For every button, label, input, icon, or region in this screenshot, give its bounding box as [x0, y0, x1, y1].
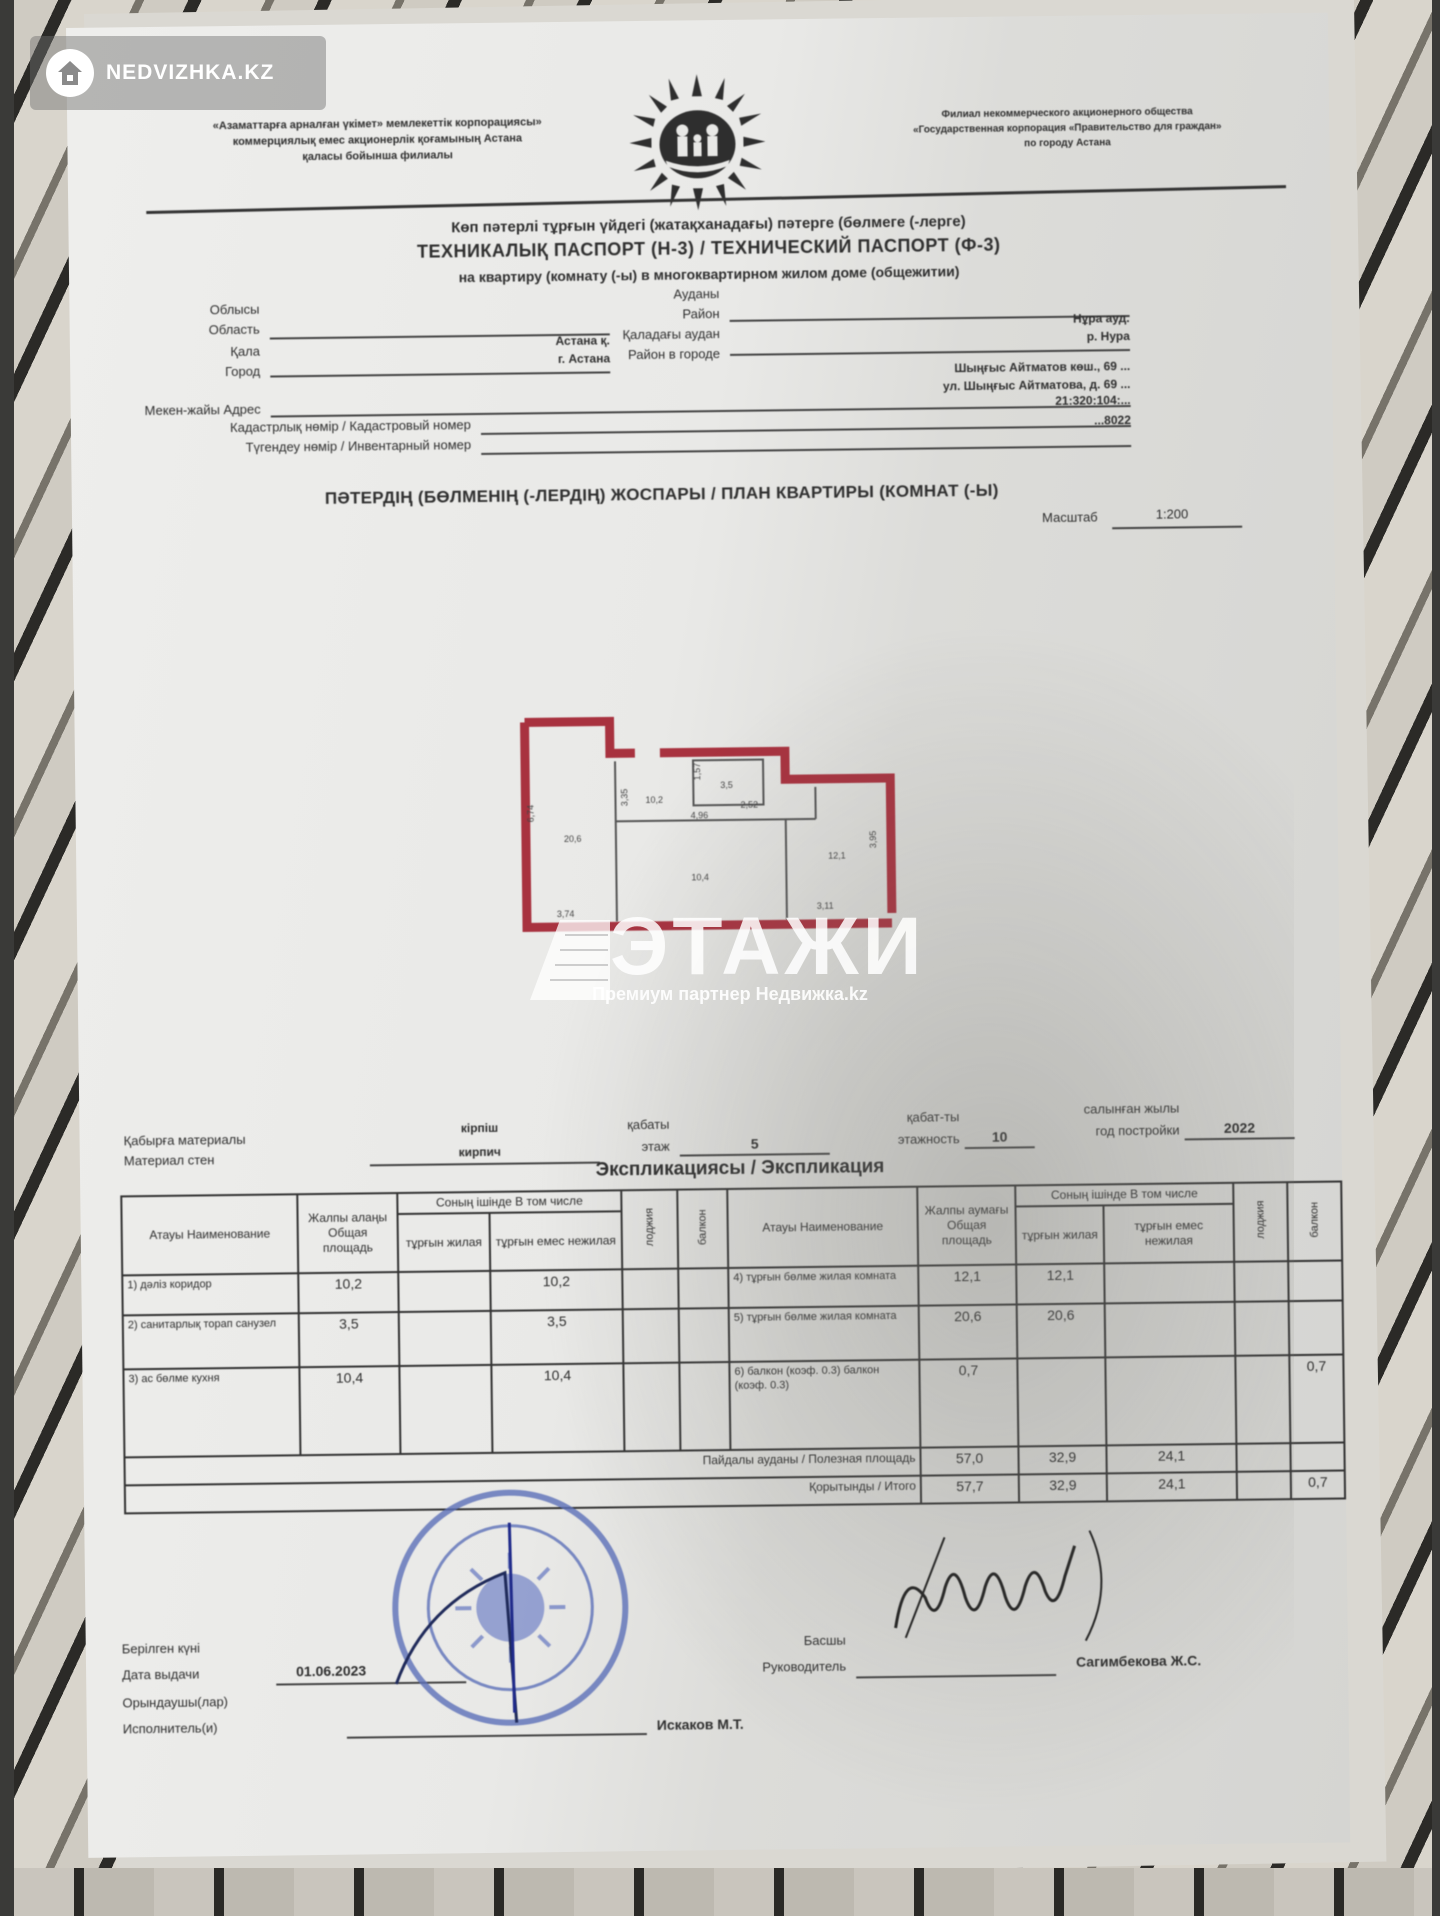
room-name: 5) тұрғын бөлме жилая комната	[729, 1306, 920, 1362]
wall-material-label-kz: Қабырға материалы	[124, 1131, 294, 1148]
col-header-including-right: Соның ішінде В том числе	[1015, 1183, 1233, 1207]
floor-value: 5	[690, 1135, 820, 1153]
room-total-area: 10,4	[299, 1366, 400, 1455]
col-header-balcony: балкон	[695, 1209, 710, 1245]
fabric-background	[14, 1868, 1432, 1916]
dimension-label: 6,74	[526, 805, 536, 823]
etazhi-watermark: ЭТАЖИ	[610, 900, 926, 994]
room-balcony	[679, 1362, 730, 1451]
explication-table: Атауы Наименование Жалпы алаңы Общая пло…	[120, 1180, 1346, 1514]
floor-label-kz: қабаты	[599, 1117, 669, 1133]
col-header-living-right: тұрғын жилая	[1015, 1205, 1104, 1264]
build-year-label-ru: год постройки	[1039, 1122, 1179, 1139]
city-line	[270, 371, 610, 377]
floor-line	[680, 1153, 830, 1157]
head-label-ru: Руководитель	[706, 1659, 846, 1676]
inventory-line	[481, 445, 1131, 455]
room-loggia	[622, 1269, 678, 1310]
head-label-kz: Басшы	[766, 1633, 846, 1649]
col-header-living: тұрғын жилая	[398, 1213, 491, 1272]
floors-count-line	[965, 1146, 1035, 1149]
room-name: 1) дәліз коридор	[122, 1273, 298, 1315]
head-name: Сагимбекова Ж.С.	[1076, 1651, 1276, 1669]
col-header-loggia-right: лоджия	[1253, 1201, 1268, 1239]
oblys-label-kz: Облысы	[159, 302, 259, 318]
grand-total-loggia	[1237, 1471, 1291, 1500]
room-total-area: 10,2	[298, 1272, 398, 1313]
plan-title: ПӘТЕРДІҢ (БӨЛМЕНІҢ (-ЛЕРДІҢ) ЖОСПАРЫ / П…	[232, 480, 1092, 511]
room-non-living-area	[1105, 1356, 1236, 1446]
dimension-label: 3,95	[868, 831, 878, 849]
col-header-loggia: лоджия	[642, 1208, 657, 1246]
address-label: Мекен-жайы Адрес	[111, 402, 261, 419]
room-total-area: 20,6	[919, 1304, 1018, 1359]
room-living-area: 20,6	[1017, 1303, 1106, 1358]
table-row: 3) ас бөлме кухня 10,4 10,4 6) балкон (к…	[123, 1354, 1344, 1457]
room-living-area	[399, 1365, 492, 1454]
grand-total-area: 57,7	[921, 1474, 1019, 1503]
room-label: 10,4	[691, 872, 709, 882]
wall-material-value-ru: кирпич	[430, 1144, 530, 1159]
cadastral-value: 21:320:104:...	[871, 393, 1131, 410]
room-total-area: 12,1	[918, 1264, 1016, 1305]
city-label-kz: Қала	[160, 344, 260, 360]
issue-date-label-kz: Берілген күні	[122, 1639, 282, 1656]
floors-count-label-ru: этажность	[840, 1131, 960, 1147]
head-line	[856, 1674, 1056, 1678]
room-name: 4) тұрғын бөлме жилая комната	[728, 1266, 918, 1308]
build-year-label-kz: салынған жылы	[1039, 1100, 1179, 1117]
useful-non-living: 24,1	[1106, 1444, 1236, 1474]
official-stamp-icon	[384, 1481, 637, 1734]
room-name: 2) санитарлық торап санузел	[123, 1313, 300, 1369]
grand-total-non-living: 24,1	[1107, 1472, 1237, 1502]
district-label-ru: Район в городе	[570, 346, 720, 363]
room-balcony	[1289, 1300, 1344, 1355]
build-year-value: 2022	[1189, 1119, 1289, 1136]
doc-title-ru: на квартиру (комнату (-ы) в многоквартир…	[229, 260, 1189, 288]
executor-name: Искаков М.Т.	[657, 1715, 797, 1733]
address-value-kz: Шыңғыс Айтматов көш., 69 ...	[770, 359, 1130, 377]
district-line	[730, 349, 1130, 356]
floors-count-value: 10	[970, 1128, 1030, 1145]
district-value-ru: р. Нура	[950, 329, 1130, 345]
address-value-ru: ул. Шыңғыс Айтматова, д. 69 ...	[770, 377, 1130, 395]
useful-living: 32,9	[1018, 1445, 1106, 1474]
room-living-area	[1017, 1357, 1106, 1446]
room-living-area: 12,1	[1016, 1263, 1104, 1304]
room-balcony: 0,7	[1289, 1354, 1344, 1443]
room-loggia	[623, 1363, 680, 1452]
audan-label-ru: Район	[589, 306, 719, 323]
issue-date-label-ru: Дата выдачи	[122, 1665, 282, 1682]
org-name-kz: «Азаматтарға арналған үкімет» мемлекетті…	[147, 113, 608, 167]
room-total-area: 0,7	[919, 1358, 1018, 1447]
room-loggia	[623, 1309, 680, 1364]
room-living-area	[398, 1271, 490, 1312]
org-name-ru: Филиал некоммерческого акционерного обще…	[857, 103, 1278, 153]
district-label-kz: Қаладағы аудан	[570, 326, 720, 343]
room-non-living-area: 10,4	[491, 1363, 624, 1453]
floors-count-label-kz: қабат-ты	[859, 1109, 959, 1125]
useful-total: 57,0	[920, 1446, 1018, 1475]
dimension-label: 3,35	[619, 789, 629, 807]
room-label: 3,5	[720, 780, 733, 790]
audan-label-kz: Ауданы	[589, 286, 719, 303]
inventory-label: Түгендеу нөмір / Инвентарный номер	[131, 437, 471, 456]
room-non-living-area	[1104, 1262, 1234, 1304]
partner-caption: Премиум партнер Недвижка.kz	[520, 984, 940, 1005]
room-loggia	[1234, 1261, 1288, 1302]
build-year-line	[1185, 1137, 1295, 1140]
sun-emblem-icon	[627, 71, 769, 213]
oblys-label-ru: Область	[160, 322, 260, 338]
room-loggia	[1235, 1355, 1290, 1444]
dimension-label: 2,52	[740, 800, 758, 810]
cadastral-label: Кадастрлық нөмір / Кадастровый номер	[131, 417, 471, 436]
wall-material-label-ru: Материал стен	[124, 1151, 294, 1168]
executor-label-kz: Орындаушы(лар)	[122, 1693, 282, 1710]
col-header-total-area-right: Жалпы аумағы Общая площадь	[917, 1185, 1016, 1265]
room-total-area: 3,5	[299, 1312, 400, 1367]
house-icon	[46, 49, 94, 97]
room-loggia	[1235, 1301, 1290, 1356]
floor-label-ru: этаж	[600, 1139, 670, 1155]
useful-loggia	[1236, 1443, 1290, 1472]
room-name: 6) балкон (коэф. 0.3) балкон (коэф. 0.3)	[729, 1360, 920, 1450]
room-non-living-area: 10,2	[490, 1269, 622, 1311]
scale-line	[1112, 526, 1242, 530]
signature-icon	[884, 1525, 1115, 1648]
executor-label-ru: Исполнитель(и)	[123, 1719, 283, 1736]
watermark-site-name: NEDVIZHKA.KZ	[106, 61, 274, 85]
room-balcony	[679, 1308, 730, 1363]
room-label: 20,6	[564, 834, 582, 844]
grand-total-living: 32,9	[1019, 1473, 1107, 1502]
scale-value: 1:200	[1132, 506, 1212, 522]
dimension-label: 1,57	[692, 763, 702, 781]
room-label: 12,1	[828, 851, 846, 861]
nedvizhka-watermark: NEDVIZHKA.KZ	[30, 36, 326, 110]
room-non-living-area: 3,5	[491, 1309, 624, 1365]
room-non-living-area	[1105, 1302, 1236, 1358]
room-label: 10,2	[645, 795, 663, 805]
col-header-name-right: Атауы Наименование	[727, 1187, 918, 1268]
city-label-ru: Город	[160, 364, 260, 380]
scale-label: Масштаб	[1042, 509, 1098, 525]
dimension-label: 4,96	[691, 810, 709, 820]
wall-material-value-kz: кірпіш	[429, 1120, 529, 1135]
grand-total-balcony: 0,7	[1291, 1470, 1345, 1499]
inventory-value: ...8022	[871, 413, 1131, 430]
col-header-name: Атауы Наименование	[121, 1194, 298, 1275]
col-header-balcony-right: балкон	[1307, 1201, 1322, 1237]
col-header-non-living: тұрғын емес нежилая	[490, 1211, 623, 1271]
col-header-non-living-right: тұрғын емес нежилая	[1103, 1204, 1234, 1264]
plan-labels: 20,6 10,2 3,5 10,4 12,1 6,74 3,35 4,96 2…	[525, 761, 879, 920]
district-value-kz: Нұра ауд.	[950, 311, 1130, 327]
useful-balcony	[1290, 1442, 1344, 1471]
col-header-total-area: Жалпы алаңы Общая площадь	[297, 1193, 398, 1273]
col-header-including: Соның ішінде В том числе	[397, 1190, 621, 1214]
room-balcony	[678, 1268, 728, 1309]
room-balcony	[1288, 1261, 1342, 1302]
room-living-area	[399, 1311, 492, 1366]
room-name: 3) ас бөлме кухня	[123, 1367, 300, 1457]
explication-title: Экспликациясы / Экспликация	[500, 1155, 980, 1183]
